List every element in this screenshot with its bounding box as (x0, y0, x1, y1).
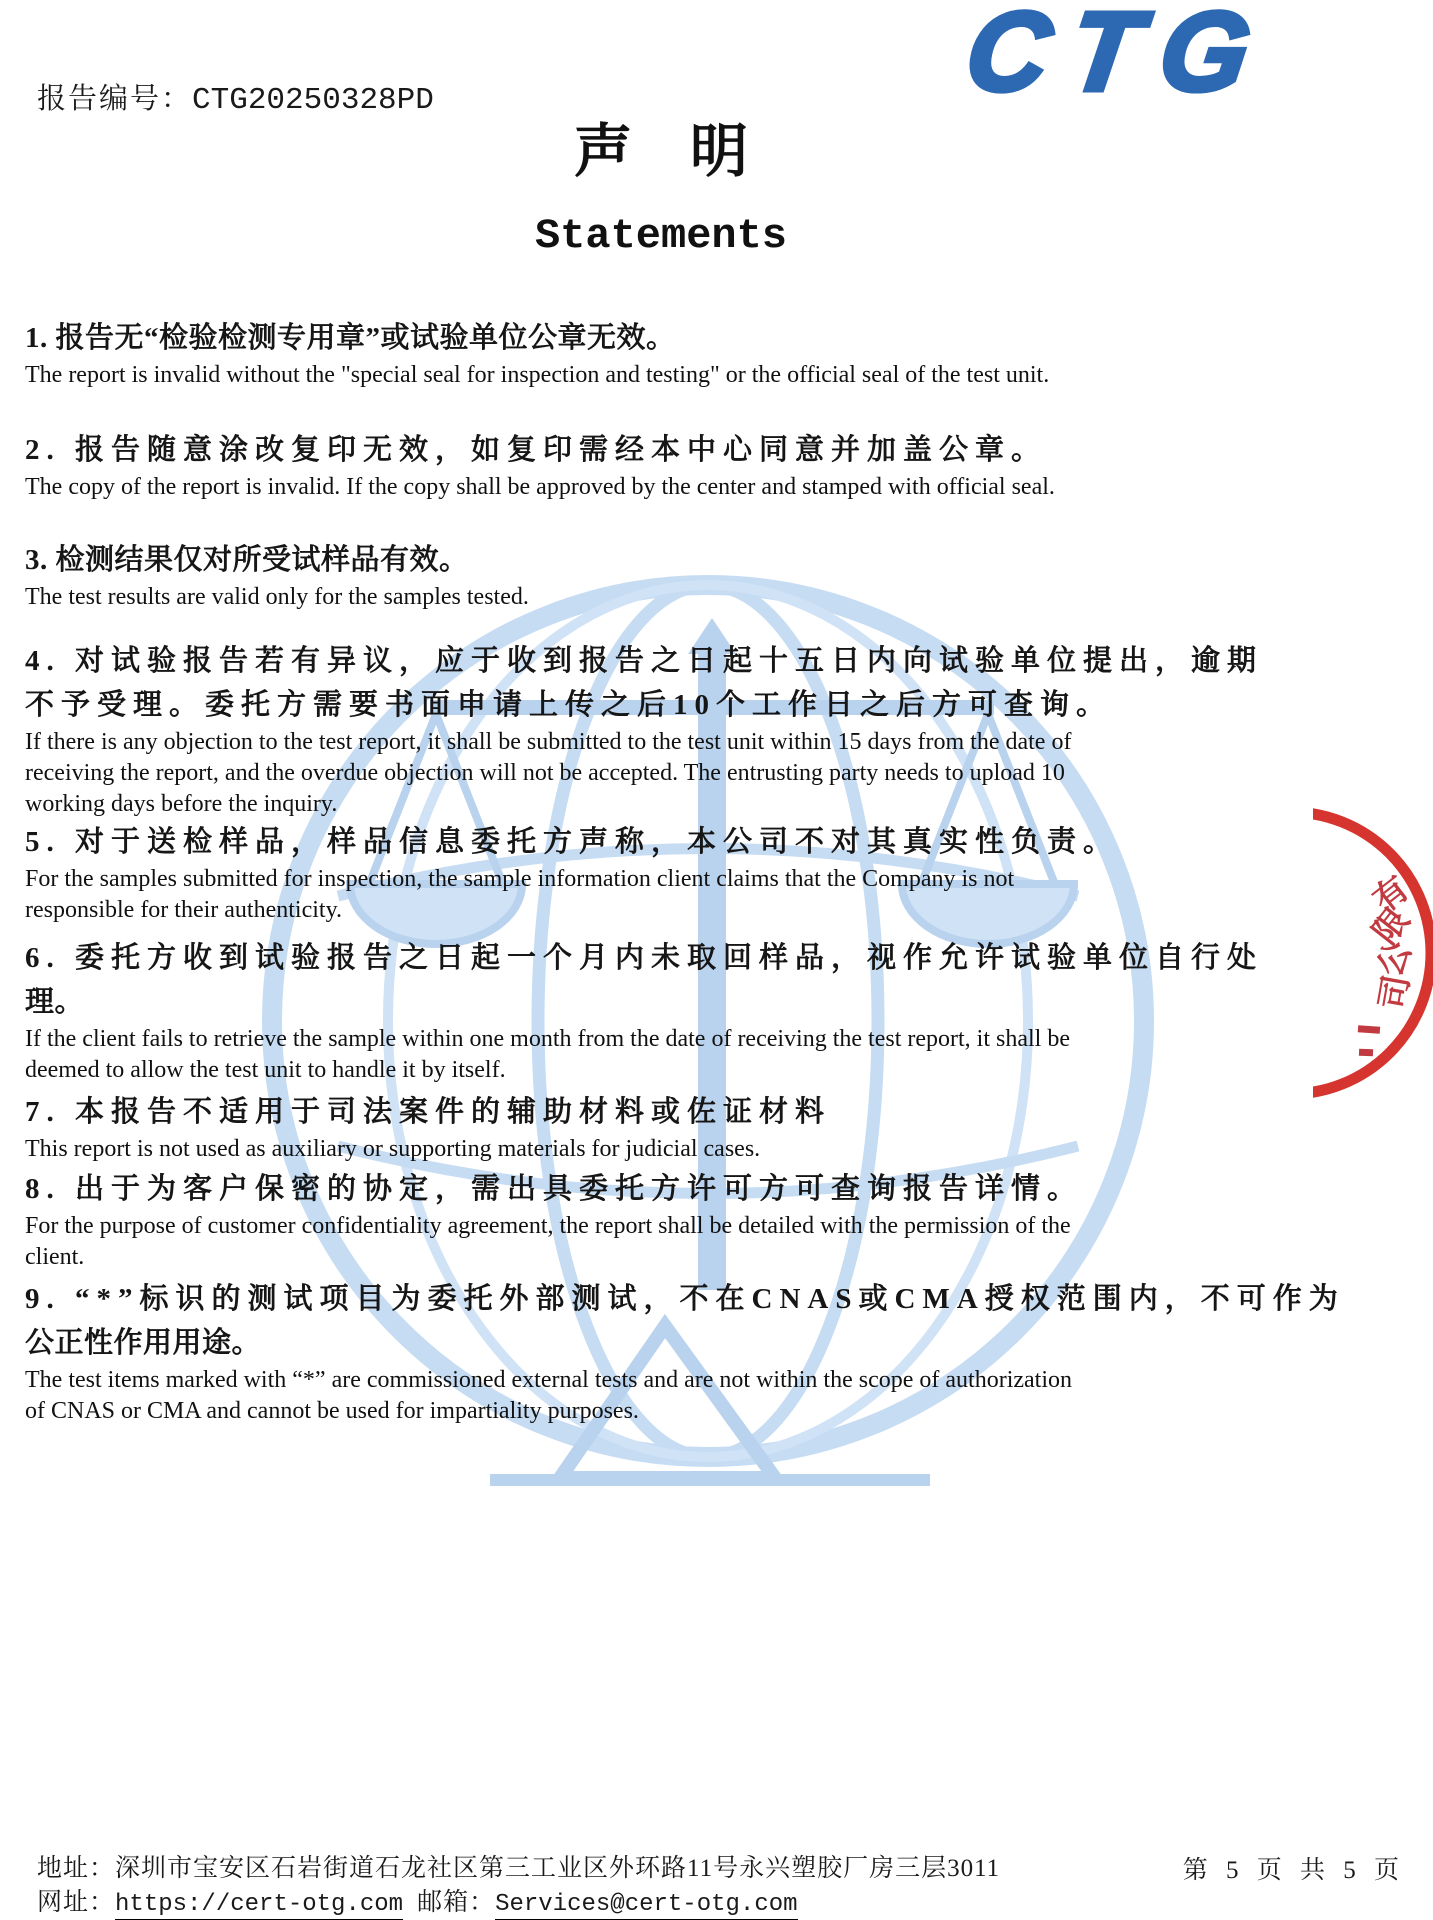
footer-address: 地址：深圳市宝安区石岩街道石龙社区第三工业区外环路11号永兴塑胶厂房三层3011 (37, 1848, 1000, 1884)
site-url-link[interactable]: https://cert-otg.com (115, 1891, 403, 1920)
statement-en-line: client. (25, 1242, 1417, 1273)
page-title-en: Statements (0, 212, 1322, 260)
report-number: 报告编号：CTG20250328PD (37, 76, 434, 118)
ctg-logo: CTG (960, 0, 1316, 109)
statement-item: 3. 检测结果仅对所受试样品有效。The test results are va… (25, 538, 1417, 613)
statement-en-line: The report is invalid without the "speci… (25, 360, 1417, 391)
statement-zh-line: 9. “*”标识的测试项目为委托外部测试，不在CNAS或CMA授权范围内，不可作… (25, 1277, 1417, 1321)
mail-label: 邮箱： (417, 1889, 495, 1916)
statements-list: 1. 报告无“检验检测专用章”或试验单位公章无效。The report is i… (25, 316, 1417, 1427)
title-block: 声 明 Statements (0, 120, 1322, 260)
statement-item: 1. 报告无“检验检测专用章”或试验单位公章无效。The report is i… (25, 316, 1417, 391)
statement-item: 8. 出于为客户保密的协定，需出具委托方许可方可查询报告详情。For the p… (25, 1167, 1417, 1273)
statement-zh-line: 3. 检测结果仅对所受试样品有效。 (25, 538, 1417, 582)
statement-item: 9. “*”标识的测试项目为委托外部测试，不在CNAS或CMA授权范围内，不可作… (25, 1277, 1417, 1427)
statement-zh-line: 5. 对于送检样品，样品信息委托方声称，本公司不对其真实性负责。 (25, 820, 1417, 864)
statement-zh-line: 2. 报告随意涂改复印无效，如复印需经本中心同意并加盖公章。 (25, 428, 1417, 472)
footer-contacts: 网址：https://cert-otg.com邮箱：Services@cert-… (37, 1882, 798, 1918)
statement-en-line: deemed to allow the test unit to handle … (25, 1055, 1417, 1086)
statement-en-line: If the client fails to retrieve the samp… (25, 1024, 1417, 1055)
statement-page: 有 限 公 司 报告编号：CTG20250328PD CTG 声 明 State… (0, 0, 1433, 1920)
statement-zh-line: 4. 对试验报告若有异议，应于收到报告之日起十五日内向试验单位提出，逾期 (25, 639, 1417, 683)
report-number-label: 报告编号： (37, 83, 192, 115)
mail-link[interactable]: Services@cert-otg.com (495, 1891, 797, 1920)
statement-item: 6. 委托方收到试验报告之日起一个月内未取回样品，视作允许试验单位自行处理。If… (25, 936, 1417, 1086)
statement-zh-line: 不予受理。委托方需要书面申请上传之后10个工作日之后方可查询。 (25, 683, 1417, 727)
statement-en-line: The test results are valid only for the … (25, 582, 1417, 613)
statement-zh-line: 7. 本报告不适用于司法案件的辅助材料或佐证材料 (25, 1090, 1417, 1134)
statement-en-line: For the samples submitted for inspection… (25, 864, 1417, 895)
statement-en-line: responsible for their authenticity. (25, 895, 1417, 926)
statement-en-line: For the purpose of customer confidential… (25, 1211, 1417, 1242)
report-number-value: CTG20250328PD (192, 83, 434, 118)
statement-item: 7. 本报告不适用于司法案件的辅助材料或佐证材料This report is n… (25, 1090, 1417, 1165)
statement-item: 2. 报告随意涂改复印无效，如复印需经本中心同意并加盖公章。The copy o… (25, 428, 1417, 503)
statement-zh-line: 1. 报告无“检验检测专用章”或试验单位公章无效。 (25, 316, 1417, 360)
statement-en-line: This report is not used as auxiliary or … (25, 1134, 1417, 1165)
statement-en-line: receiving the report, and the overdue ob… (25, 758, 1417, 789)
statement-en-line: The copy of the report is invalid. If th… (25, 472, 1417, 503)
statement-item: 5. 对于送检样品，样品信息委托方声称，本公司不对其真实性负责。For the … (25, 820, 1417, 926)
statement-item: 4. 对试验报告若有异议，应于收到报告之日起十五日内向试验单位提出，逾期不予受理… (25, 639, 1417, 820)
statement-zh-line: 公正性作用用途。 (25, 1321, 1417, 1365)
statement-en-line: The test items marked with “*” are commi… (25, 1365, 1417, 1396)
page-number: 第 5 页 共 5 页 (1183, 1850, 1405, 1886)
statement-zh-line: 理。 (25, 980, 1417, 1024)
page-title-zh: 声 明 (0, 120, 1322, 184)
statement-en-line: working days before the inquiry. (25, 789, 1417, 820)
statement-zh-line: 6. 委托方收到试验报告之日起一个月内未取回样品，视作允许试验单位自行处 (25, 936, 1417, 980)
statement-zh-line: 8. 出于为客户保密的协定，需出具委托方许可方可查询报告详情。 (25, 1167, 1417, 1211)
statement-en-line: If there is any objection to the test re… (25, 727, 1417, 758)
statement-en-line: of CNAS or CMA and cannot be used for im… (25, 1396, 1417, 1427)
site-label: 网址： (37, 1889, 115, 1916)
